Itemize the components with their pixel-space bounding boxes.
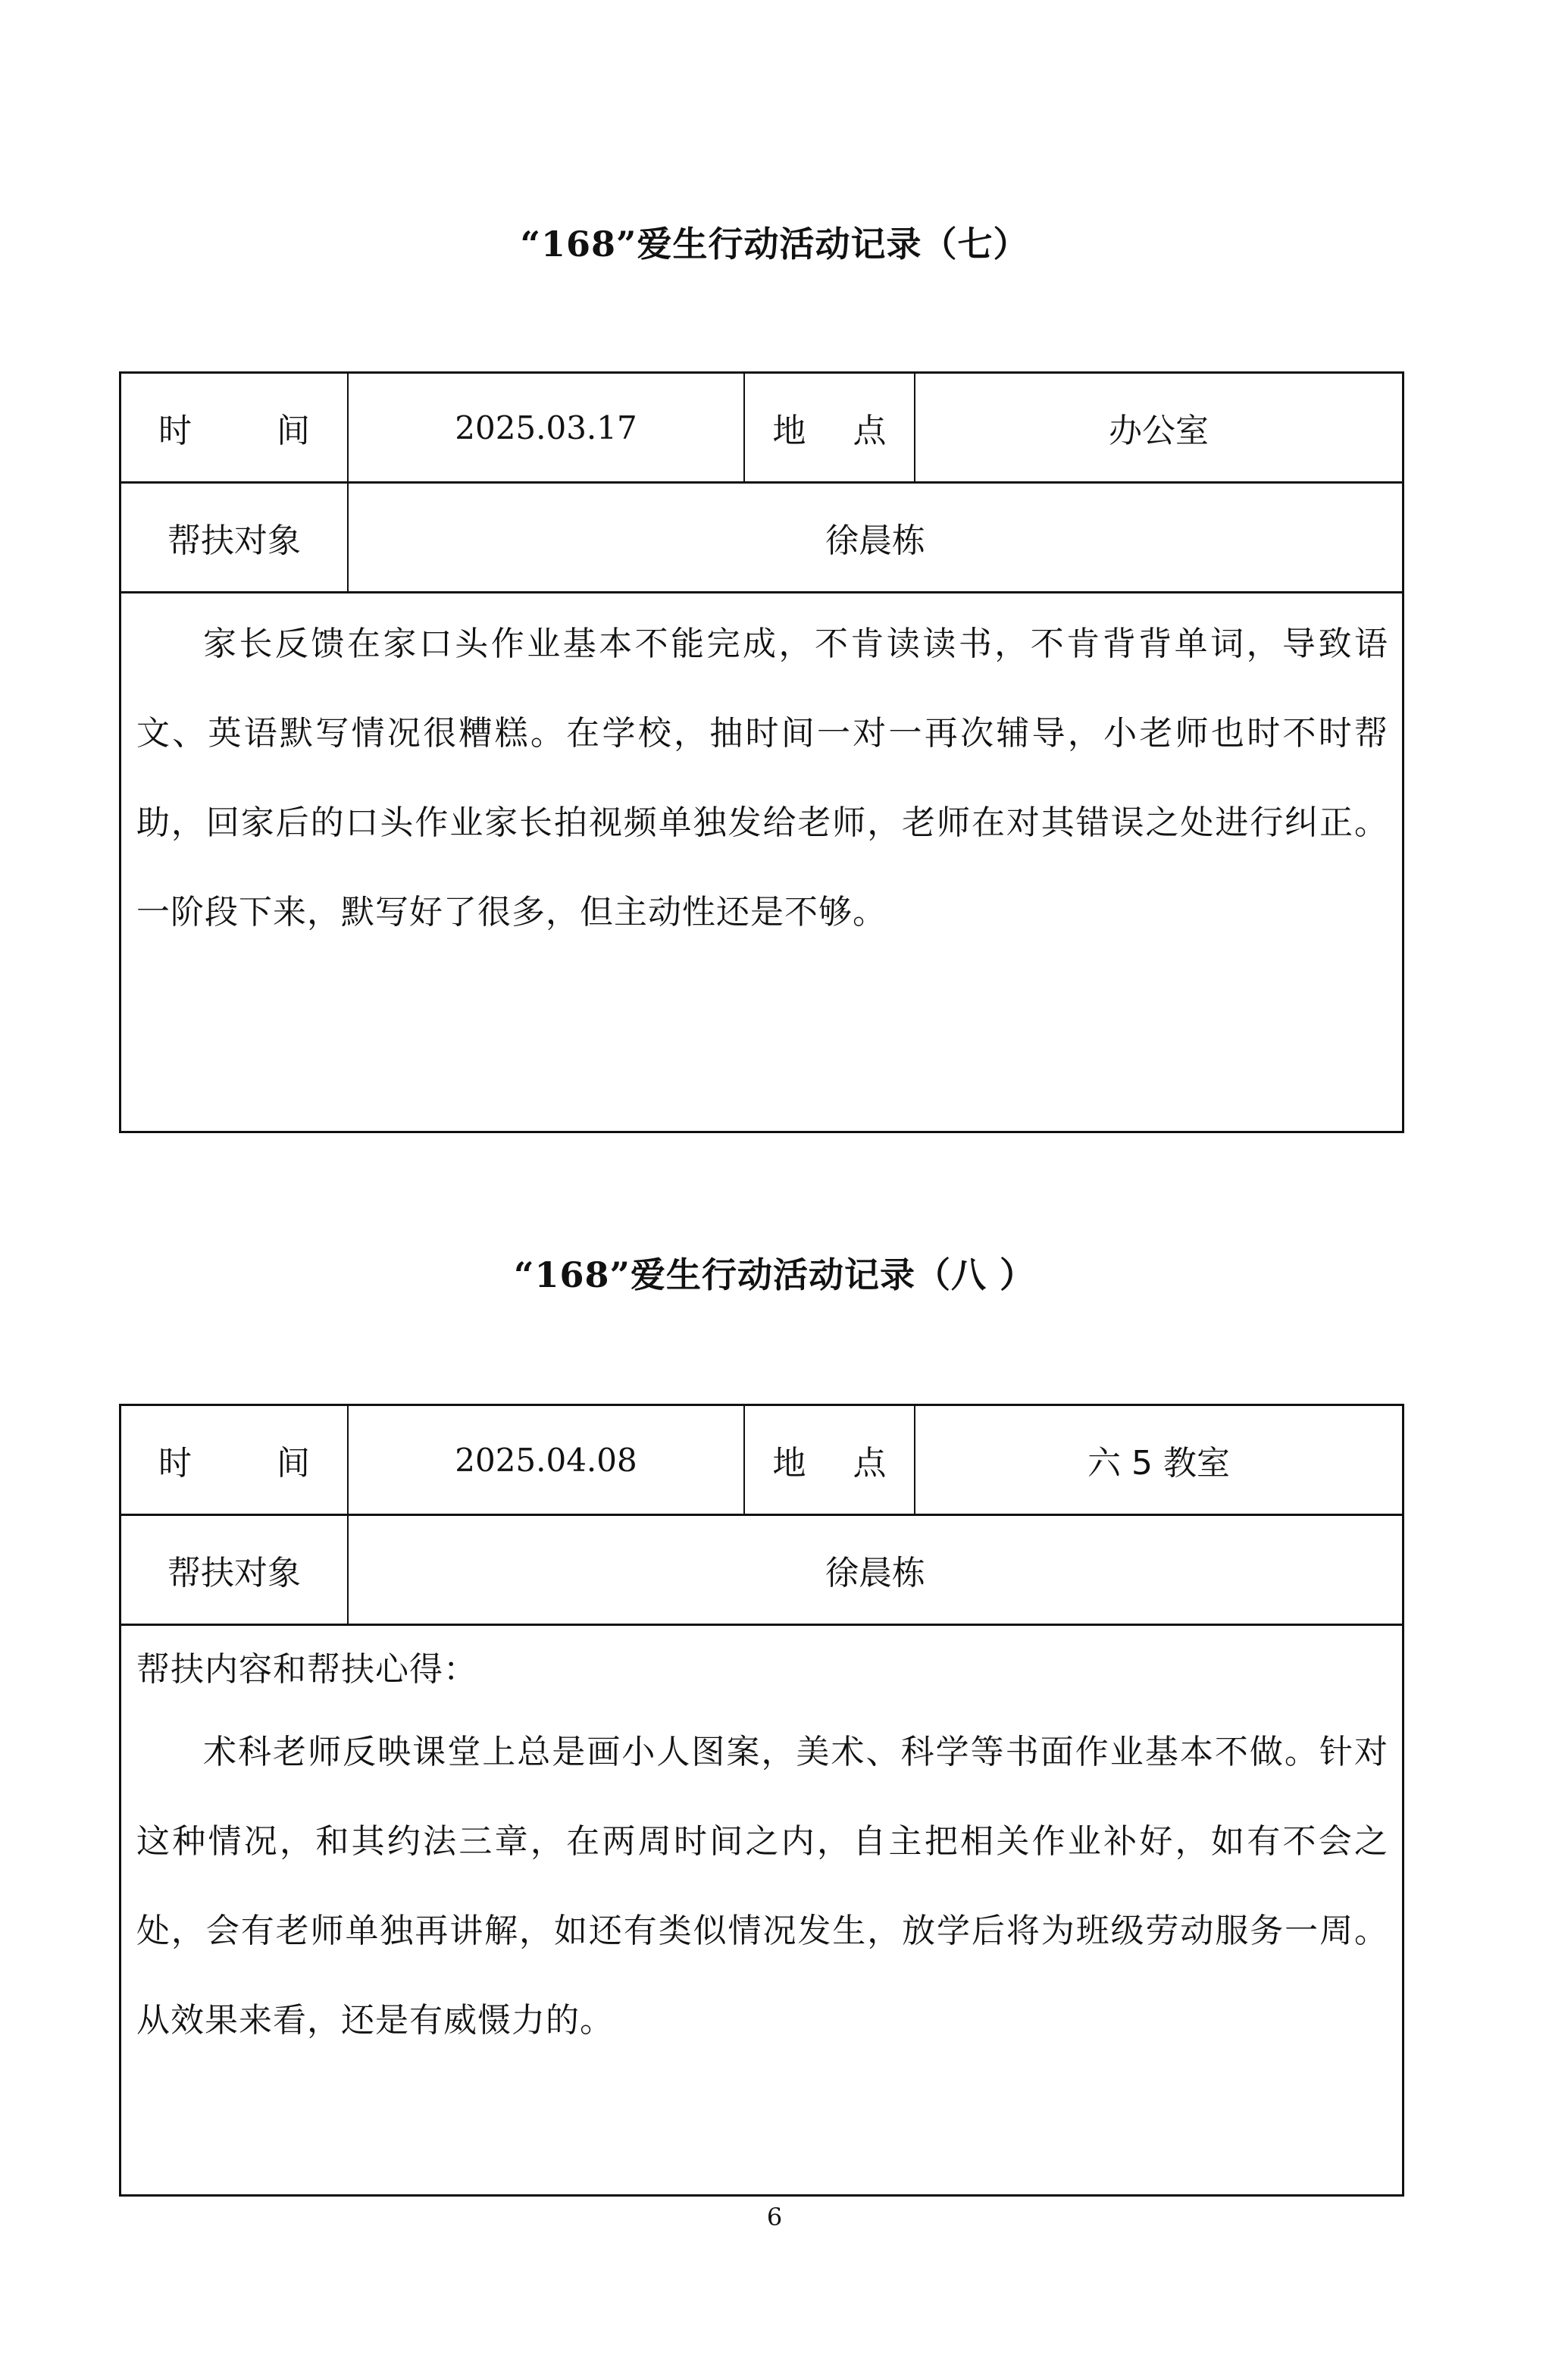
record-title: “168”爱生行动活动记录（八 ） [0, 1248, 1549, 1298]
location-label: 地 点 [745, 1406, 915, 1514]
time-value: 2025.03.17 [349, 374, 745, 481]
time-label-char: 时 [158, 403, 192, 452]
target-row: 帮扶对象 徐晨栋 [121, 484, 1402, 593]
record-title: “168”爱生行动活动记录（七） [0, 217, 1549, 267]
time-label: 时 间 [121, 1406, 349, 1514]
location-value: 六 5 教室 [915, 1406, 1402, 1514]
content-heading: 帮扶内容和帮扶心得： [136, 1632, 1388, 1708]
target-label: 帮扶对象 [121, 1516, 349, 1624]
time-location-row: 时 间 2025.04.08 地 点 六 5 教室 [121, 1406, 1402, 1516]
time-label-char: 间 [277, 1436, 310, 1484]
time-location-row: 时 间 2025.03.17 地 点 办公室 [121, 374, 1402, 484]
time-value: 2025.04.08 [349, 1406, 745, 1514]
page-number: 6 [0, 2203, 1549, 2231]
target-label: 帮扶对象 [121, 484, 349, 591]
content-area: 家长反馈在家口头作业基本不能完成，不肯读读书，不肯背背单词，导致语文、英语默写情… [121, 593, 1402, 1131]
location-label-char: 地 [773, 1436, 806, 1484]
content-area: 帮扶内容和帮扶心得： 术科老师反映课堂上总是画小人图案，美术、科学等书面作业基本… [121, 1626, 1402, 2194]
time-label-char: 间 [277, 403, 310, 452]
location-label: 地 点 [745, 374, 915, 481]
content-paragraph: 术科老师反映课堂上总是画小人图案，美术、科学等书面作业基本不做。针对这种情况，和… [136, 1708, 1388, 2065]
location-label-char: 点 [853, 403, 887, 452]
target-value: 徐晨栋 [349, 484, 1402, 591]
content-paragraph: 家长反馈在家口头作业基本不能完成，不肯读读书，不肯背背单词，导致语文、英语默写情… [136, 600, 1388, 957]
time-label: 时 间 [121, 374, 349, 481]
record-table: 时 间 2025.04.08 地 点 六 5 教室 帮扶对象 徐晨栋 帮扶内容和… [119, 1404, 1404, 2197]
record-table: 时 间 2025.03.17 地 点 办公室 帮扶对象 徐晨栋 家长反馈在家口头… [119, 371, 1404, 1133]
location-value: 办公室 [915, 374, 1402, 481]
location-label-char: 点 [853, 1436, 887, 1484]
target-row: 帮扶对象 徐晨栋 [121, 1516, 1402, 1626]
location-label-char: 地 [773, 403, 806, 452]
target-value: 徐晨栋 [349, 1516, 1402, 1624]
time-label-char: 时 [158, 1436, 192, 1484]
